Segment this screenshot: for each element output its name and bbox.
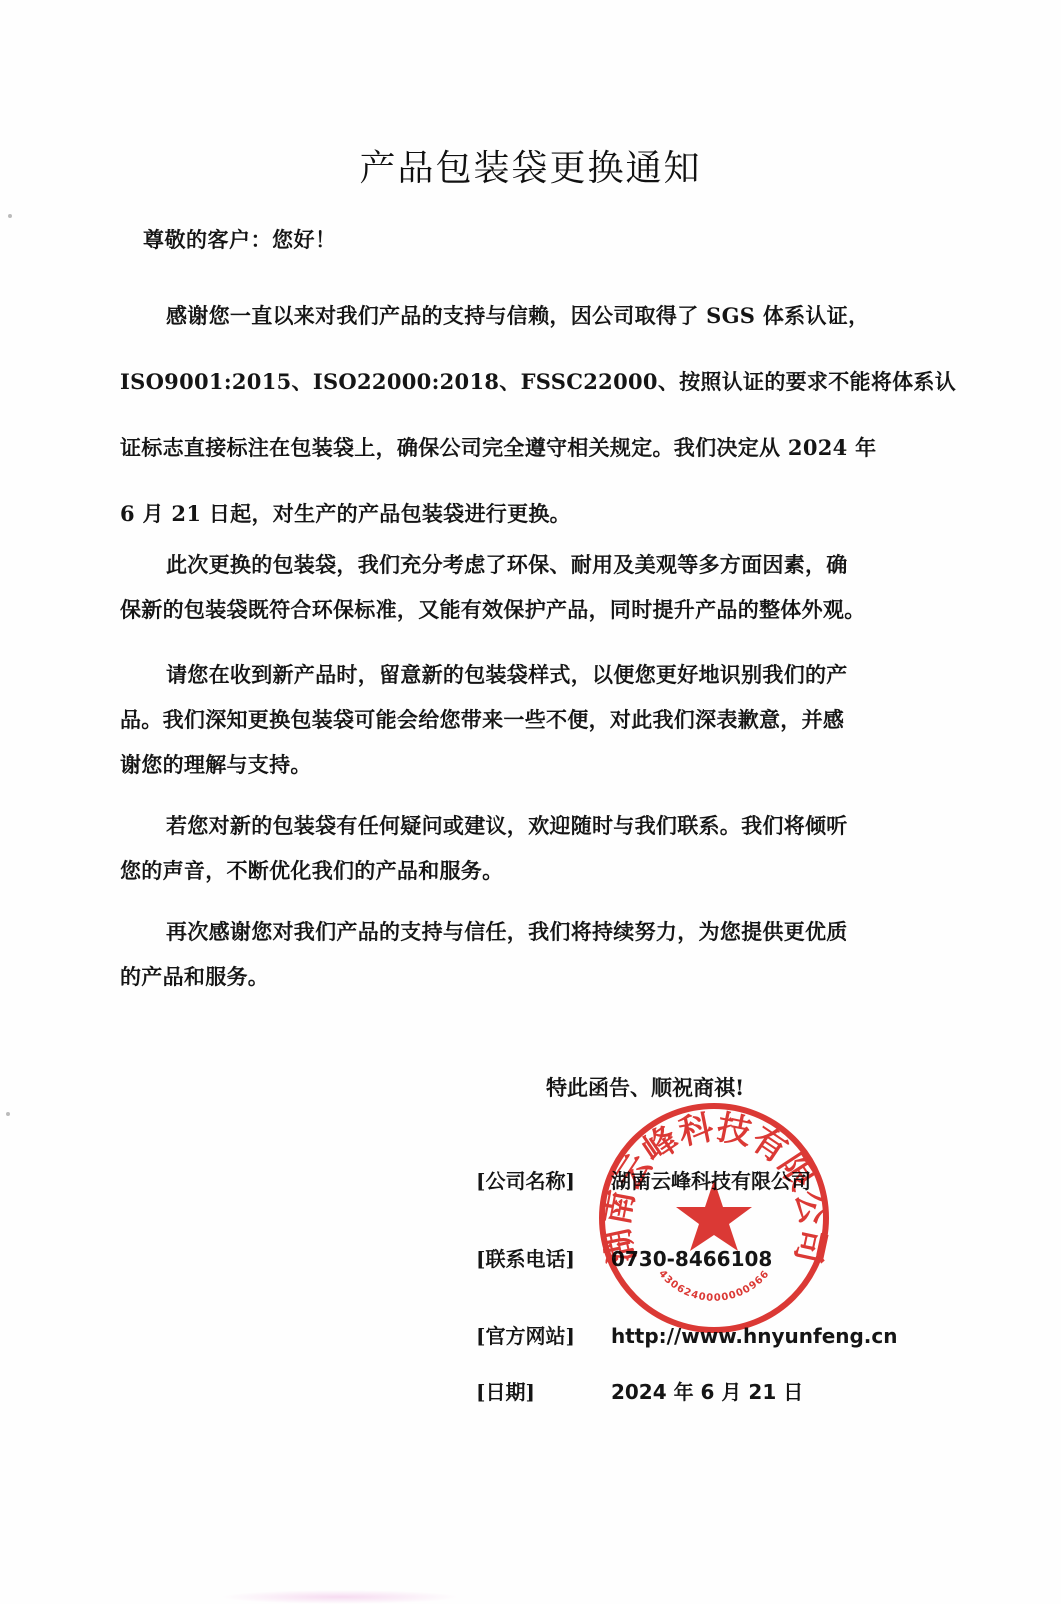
- scan-smudge: [220, 1590, 460, 1604]
- paragraph-line: 此次更换的包装袋，我们充分考虑了环保、耐用及美观等多方面因素，确: [120, 545, 915, 590]
- greeting: 尊敬的客户：您好！: [143, 224, 337, 254]
- paragraph-line: 再次感谢您对我们产品的支持与信任，我们将持续努力，为您提供更优质: [120, 912, 915, 957]
- paragraph-line: ISO9001:2015、ISO22000:2018、FSSC22000、按照认…: [120, 357, 915, 423]
- website-row: [官方网站] http://www.hnyunfeng.cn: [476, 1320, 898, 1349]
- paragraph-line: 谢您的理解与支持。: [120, 745, 915, 790]
- scan-speck: [6, 1112, 10, 1116]
- website-label: [官方网站]: [476, 1320, 604, 1349]
- paragraph-line: 您的声音，不断优化我们的产品和服务。: [120, 851, 915, 896]
- company-name-row: [公司名称] 湖南云峰科技有限公司: [476, 1165, 811, 1194]
- paragraph-packaging: 此次更换的包装袋，我们充分考虑了环保、耐用及美观等多方面因素，确 保新的包装袋既…: [120, 545, 915, 635]
- company-name-value: 湖南云峰科技有限公司: [611, 1165, 811, 1194]
- paragraph-line: 品。我们深知更换包装袋可能会给您带来一些不便，对此我们深表歉意，并感: [120, 700, 915, 745]
- date-value: 2024 年 6 月 21 日: [611, 1376, 803, 1405]
- paragraph-notice: 请您在收到新产品时，留意新的包装袋样式，以便您更好地识别我们的产 品。我们深知更…: [120, 655, 915, 790]
- scan-speck: [8, 214, 12, 218]
- paragraph-certification: 感谢您一直以来对我们产品的支持与信赖，因公司取得了 SGS 体系认证， ISO9…: [120, 291, 915, 555]
- date-label: [日期]: [476, 1376, 604, 1405]
- closing-remark: 特此函告、顺祝商祺!: [546, 1072, 744, 1102]
- company-seal-stamp: 湖南云峰科技有限公司 4306240000000966: [594, 1098, 834, 1338]
- document-page: 产品包装袋更换通知 尊敬的客户：您好！ 感谢您一直以来对我们产品的支持与信赖，因…: [0, 0, 1061, 1604]
- paragraph-feedback: 若您对新的包装袋有任何疑问或建议，欢迎随时与我们联系。我们将倾听 您的声音，不断…: [120, 806, 915, 896]
- paragraph-line: 的产品和服务。: [120, 957, 915, 1002]
- date-row: [日期] 2024 年 6 月 21 日: [476, 1376, 803, 1405]
- paragraph-thanks: 再次感谢您对我们产品的支持与信任，我们将持续努力，为您提供更优质 的产品和服务。: [120, 912, 915, 1002]
- contact-phone-label: [联系电话]: [476, 1243, 604, 1272]
- contact-phone-value: 0730-8466108: [611, 1247, 772, 1271]
- paragraph-line: 请您在收到新产品时，留意新的包装袋样式，以便您更好地识别我们的产: [120, 655, 915, 700]
- company-name-label: [公司名称]: [476, 1165, 604, 1194]
- paragraph-line: 若您对新的包装袋有任何疑问或建议，欢迎随时与我们联系。我们将倾听: [120, 806, 915, 851]
- paragraph-line: 感谢您一直以来对我们产品的支持与信赖，因公司取得了 SGS 体系认证，: [120, 291, 915, 357]
- website-link[interactable]: http://www.hnyunfeng.cn: [611, 1324, 898, 1348]
- stamp-serial-number: 4306240000000966: [656, 1268, 772, 1304]
- paragraph-line: 保新的包装袋既符合环保标准，又能有效保护产品，同时提升产品的整体外观。: [120, 590, 915, 635]
- contact-phone-row: [联系电话] 0730-8466108: [476, 1243, 772, 1272]
- paragraph-line: 证标志直接标注在包装袋上，确保公司完全遵守相关规定。我们决定从 2024 年: [120, 423, 915, 489]
- document-title: 产品包装袋更换通知: [0, 140, 1061, 191]
